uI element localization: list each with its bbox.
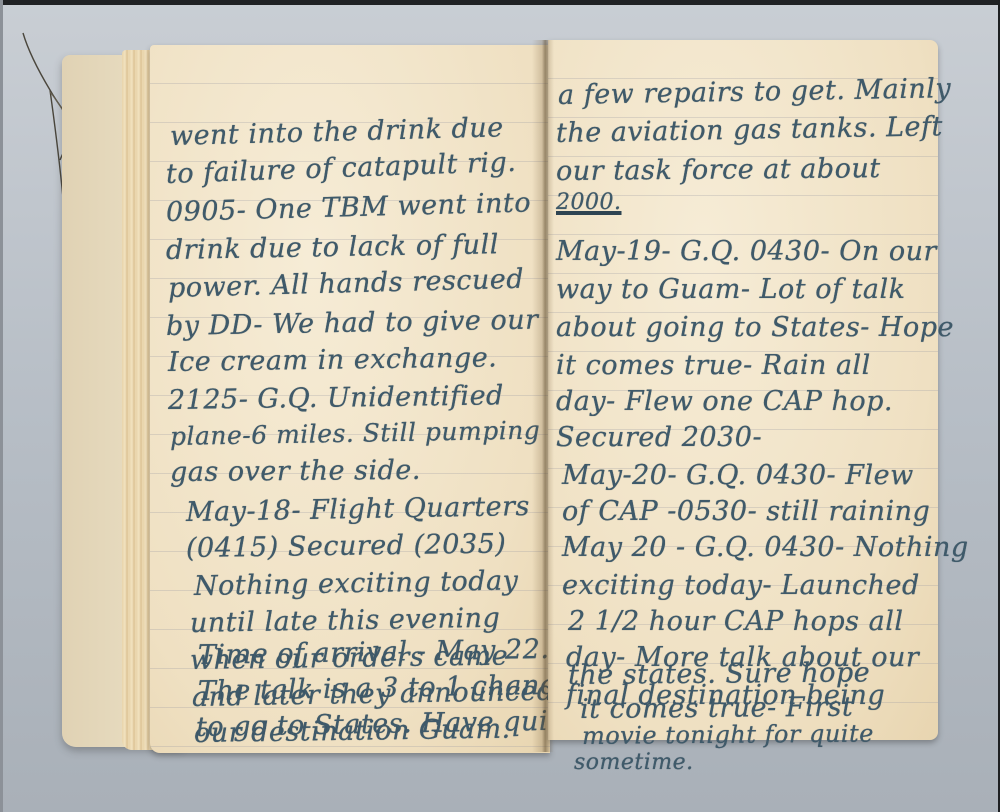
handwritten-line: May-20- G.Q. 0430- Flew: [562, 460, 914, 491]
handwritten-line: the states. Sure hope: [568, 657, 870, 691]
handwritten-line: Ice cream in exchange.: [168, 342, 498, 378]
handwritten-line: the aviation gas tanks. Left: [556, 111, 943, 149]
handwritten-line: 0905- One TBM went into: [166, 187, 532, 228]
handwritten-line: May-19- G.Q. 0430- On our: [556, 236, 937, 267]
handwritten-line: a few repairs to get. Mainly: [558, 73, 952, 111]
scanner-top-edge: [0, 0, 1000, 5]
handwritten-line: Nothing exciting today: [194, 565, 519, 602]
handwritten-line: 2125- G.Q. Unidentified: [168, 380, 504, 416]
handwritten-line: Time of arrival - May 22.: [198, 634, 550, 671]
handwritten-line: 2 1/2 hour CAP hops all: [568, 606, 903, 637]
handwritten-line: until late this evening: [190, 603, 501, 639]
right-page: a few repairs to get. Mainly the aviatio…: [548, 40, 938, 740]
handwritten-line: went into the drink due: [170, 112, 504, 152]
handwritten-line: power. All hands rescued: [168, 264, 525, 304]
handwritten-line: to go to States. Have quite: [196, 705, 576, 743]
handwritten-line: sometime.: [574, 750, 694, 775]
handwritten-line: 2000.: [556, 190, 621, 215]
handwritten-line: it comes true- Rain all: [556, 350, 871, 381]
handwritten-line: Secured 2030-: [556, 422, 762, 453]
handwritten-line: about going to States- Hope: [556, 312, 954, 343]
handwritten-line: exciting today- Launched: [562, 570, 920, 601]
handwritten-line: day- Flew one CAP hop.: [556, 386, 893, 417]
handwritten-line: May-18- Flight Quarters: [186, 491, 530, 528]
handwritten-line: to failure of catapult rig.: [165, 147, 516, 190]
handwritten-line: (0415) Secured (2035): [186, 529, 507, 564]
handwritten-line: way to Guam- Lot of talk: [556, 274, 906, 305]
handwritten-line: by DD- We had to give our: [166, 305, 539, 342]
handwritten-line: drink due to lack of full: [166, 229, 499, 266]
book-gutter: [532, 40, 554, 752]
handwritten-line: of CAP -0530- still raining: [562, 496, 930, 527]
handwritten-line: movie tonight for quite: [582, 719, 874, 750]
handwritten-line: gas over the side.: [170, 455, 421, 488]
handwritten-line: May 20 - G.Q. 0430- Nothing: [562, 532, 969, 563]
handwritten-line: plane-6 miles. Still pumping: [170, 416, 541, 451]
handwritten-line: our task force at about: [556, 153, 881, 187]
scanner-left-edge: [0, 0, 3, 812]
handwritten-line: The talk is a 3 to 1 chance: [198, 669, 573, 707]
